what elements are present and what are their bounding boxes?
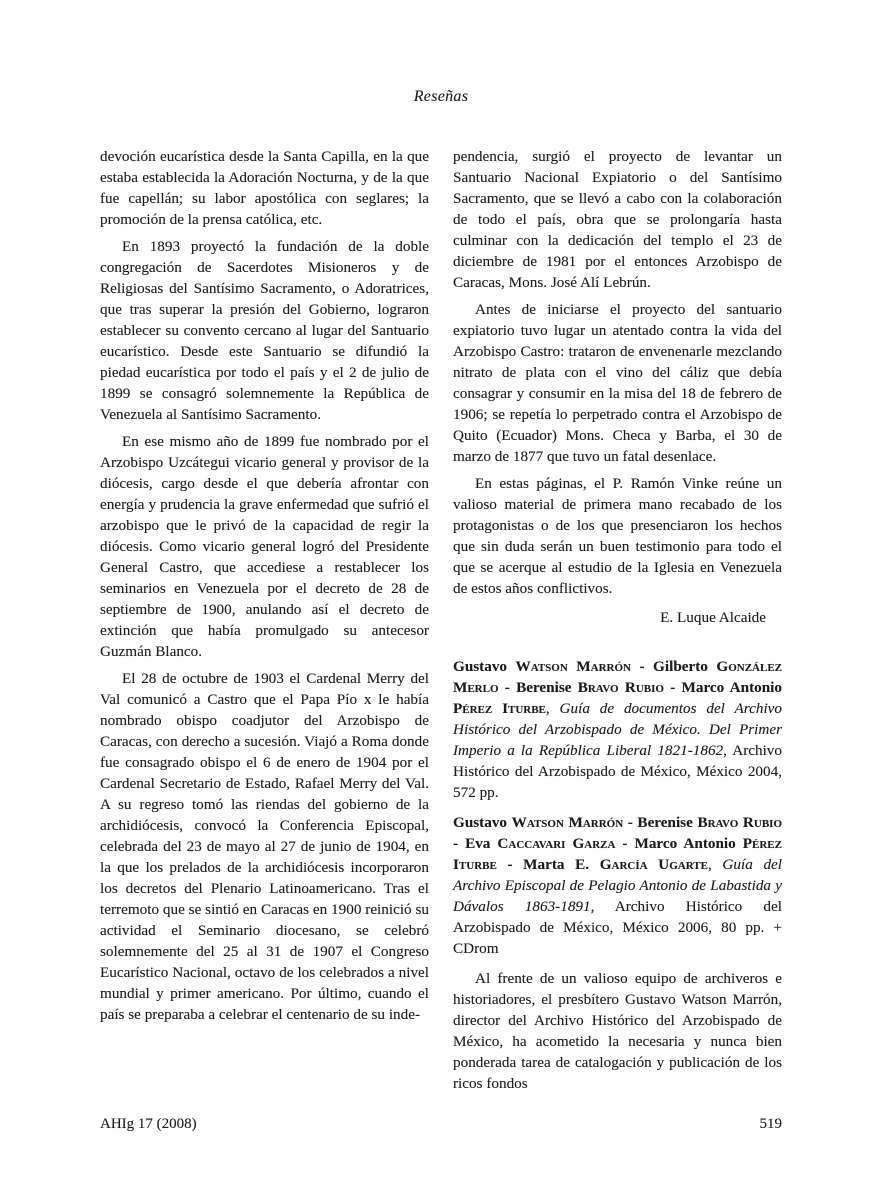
paragraph: En ese mismo año de 1899 fue nombrado po… xyxy=(100,431,429,662)
bibliography-segment: - Marco Antonio xyxy=(664,679,782,696)
review-signature: E. Luque Alcaide xyxy=(453,607,766,628)
paragraph: En 1893 proyectó la fundación de la dobl… xyxy=(100,236,429,425)
bibliography-segment: , xyxy=(708,856,722,873)
bibliography-segment: Gustavo xyxy=(453,658,516,675)
bibliography-segment: - Gilberto xyxy=(631,658,716,675)
scanned-journal-page: Reseñas devoción eucarística desde la Sa… xyxy=(0,0,880,1200)
bibliography-segment: García Ugarte xyxy=(600,856,708,873)
right-column: pendencia, surgió el proyecto de levanta… xyxy=(453,146,782,1100)
bibliography-segment: Gustavo xyxy=(453,814,512,831)
paragraph: devoción eucarística desde la Santa Capi… xyxy=(100,146,429,230)
footer-journal-ref: AHIg 17 (2008) xyxy=(100,1116,197,1133)
bibliography-segment: Caccavari Garza xyxy=(497,835,615,852)
paragraph: Antes de iniciarse el proyecto del santu… xyxy=(453,299,782,467)
bibliography-segment: - Eva xyxy=(453,835,497,852)
bibliography-segment: - Marta E. xyxy=(497,856,600,873)
paragraph: El 28 de octubre de 1903 el Cardenal Mer… xyxy=(100,668,429,1025)
bibliography-entry: Gustavo Watson Marrón - Gilberto Gonzále… xyxy=(453,656,782,803)
bibliography-segment: Pérez Iturbe xyxy=(453,700,546,717)
footer-page-number: 519 xyxy=(760,1116,783,1133)
section-title: Reseñas xyxy=(414,88,469,105)
page-footer: AHIg 17 (2008) 519 xyxy=(100,1116,782,1133)
bibliography-segment: Bravo Rubio xyxy=(578,679,664,696)
page-header: Reseñas xyxy=(100,88,782,106)
bibliography-segment: - Berenise xyxy=(499,679,578,696)
bibliography-segment: , xyxy=(546,700,560,717)
left-column: devoción eucarística desde la Santa Capi… xyxy=(100,146,429,1100)
bibliography-segment: Watson Marrón xyxy=(512,814,624,831)
bibliography-segment: - Marco Antonio xyxy=(615,835,742,852)
bibliography-segment: - Berenise xyxy=(623,814,697,831)
paragraph: En estas páginas, el P. Ramón Vinke reún… xyxy=(453,473,782,599)
text-columns: devoción eucarística desde la Santa Capi… xyxy=(100,146,782,1100)
bibliography-segment: Watson Marrón xyxy=(516,658,631,675)
bibliography-segment: Bravo Rubio xyxy=(697,814,782,831)
paragraph: pendencia, surgió el proyecto de levanta… xyxy=(453,146,782,293)
paragraph: Al frente de un valioso equipo de archiv… xyxy=(453,968,782,1094)
bibliography-entry: Gustavo Watson Marrón - Berenise Bravo R… xyxy=(453,812,782,959)
